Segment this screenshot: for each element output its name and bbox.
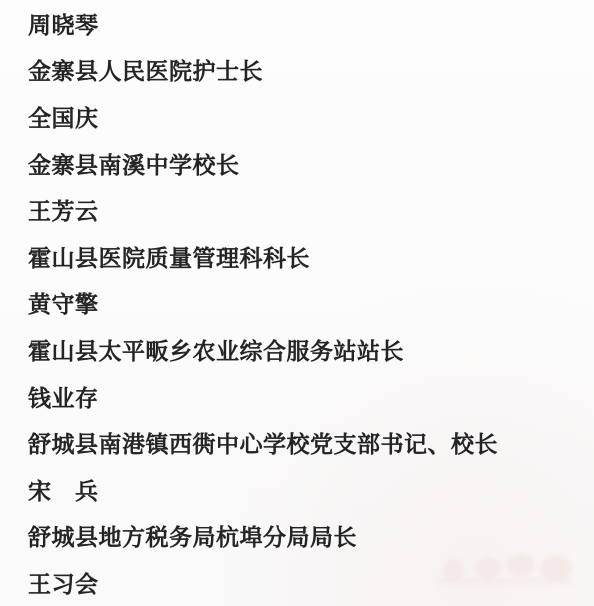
document-page: 周晓琴金寨县人民医院护士长全国庆金寨县南溪中学校长王芳云霍山县医院质量管理科科长… [0,0,594,606]
person-name: 王芳云 [28,186,584,233]
roster-list: 周晓琴金寨县人民医院护士长全国庆金寨县南溪中学校长王芳云霍山县医院质量管理科科长… [28,0,584,606]
person-name: 宋 兵 [28,466,584,513]
person-name: 黄守擎 [28,280,584,327]
person-title: 金寨县南溪中学校长 [28,140,584,187]
person-title: 霍山县医院质量管理科科长 [28,233,584,280]
person-title: 舒城县南港镇西衖中心学校党支部书记、校长 [28,419,584,466]
person-title: 霍山县太平畈乡农业综合服务站站长 [28,326,584,373]
person-title: 舒城县地方税务局杭埠分局局长 [28,513,584,560]
person-name: 全国庆 [28,93,584,140]
person-title: 金寨县人民医院护士长 [28,47,584,94]
person-name: 王习会 [28,559,584,606]
person-name: 钱业存 [28,373,584,420]
person-name: 周晓琴 [28,0,584,47]
